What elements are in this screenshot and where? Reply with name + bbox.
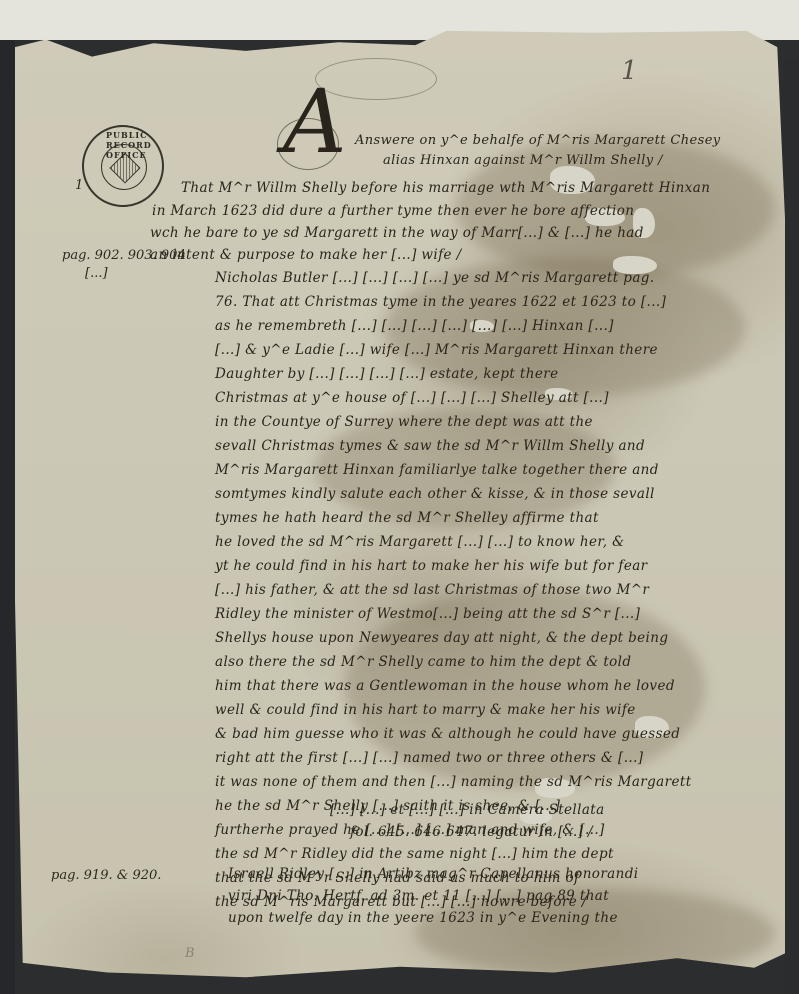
body-line: Ridley the minister of Westmo[...] being… [215,608,640,622]
body-line: Shellys house upon Newyeares day att nig… [215,632,668,646]
body-line: wch he bare to ye sd Margarett in the wa… [150,227,644,241]
stamp-text: PUBLIC RECORD OFFICE [106,130,162,160]
body-line: Nicholas Butler [...] [...] [...] [...] … [215,272,655,286]
body-line: [...] his father, & att the sd last Chri… [215,584,649,598]
body-line: right att the first [...] [...] named tw… [215,752,643,766]
body-line: the sd M^r Ridley did the same night [..… [215,848,614,862]
initial-flourish [315,58,437,100]
body-line: Christmas at y^e house of [...] [...] [.… [215,392,609,406]
margin-note: B [185,946,195,961]
heading-line: alias Hinxan against M^r Willm Shelly / [383,154,663,167]
manuscript-page: PUBLIC RECORD OFFICE A 1 Answere on y^e … [15,28,785,982]
body-line: 76. That att Christmas tyme in the yeare… [215,296,666,310]
body-line: an intent & purpose to make her [...] wi… [150,249,462,263]
body-line: that the sd M^r Shelly had said as much … [215,872,579,886]
body-line: Daughter by [...] [...] [...] [...] esta… [215,368,558,382]
body-line: & bad him guesse who it was & although h… [215,728,680,742]
body-line: he the sd M^r Shelly [...] saith it is s… [215,800,560,814]
margin-note: [...] [85,266,108,281]
body-line: [...] & y^e Ladie [...] wife [...] M^ris… [215,344,658,358]
body-line: M^ris Margarett Hinxan familiarlye talke… [215,464,659,478]
body-line: That M^r Willm Shelly before his marriag… [181,182,710,196]
body-line: the sd M^ris Margarett but [...] [...] h… [215,896,587,910]
body-line: it was none of them and then [...] namin… [215,776,692,790]
body-line: also there the sd M^r Shelly came to him… [215,656,631,670]
margin-note-page-ref: pag. 919. & 920. [51,868,161,883]
body-line: somtymes kindly salute each other & kiss… [215,488,655,502]
margin-note: 1 [75,178,83,193]
body-line: tymes he hath heard the sd M^r Shelley a… [215,512,599,526]
body-line: in March 1623 did dure a further tyme th… [152,205,634,219]
folio-number: 1 [621,56,638,86]
public-record-office-stamp: PUBLIC RECORD OFFICE [82,125,164,207]
initial-flourish [277,118,339,170]
body-line: he loved the sd M^ris Margarett [...] [.… [215,536,625,550]
scan-mount-left [0,40,15,994]
body-line: him that there was a Gentlewoman in the … [215,680,675,694]
heading-line: Answere on y^e behalfe of M^ris Margaret… [355,134,721,147]
body-line: yt he could find in his hart to make her… [215,560,648,574]
body-line: furtherhe prayed he [...] [...] [...] ma… [215,824,605,838]
body-line: as he remembreth [...] [...] [...] [...]… [215,320,614,334]
body-line: sevall Christmas tymes & saw the sd M^r … [215,440,645,454]
body-line: in the Countye of Surrey where the dept … [215,416,593,430]
body-line: well & could find in his hart to marry &… [215,704,636,718]
scan-mount-right [783,60,799,994]
